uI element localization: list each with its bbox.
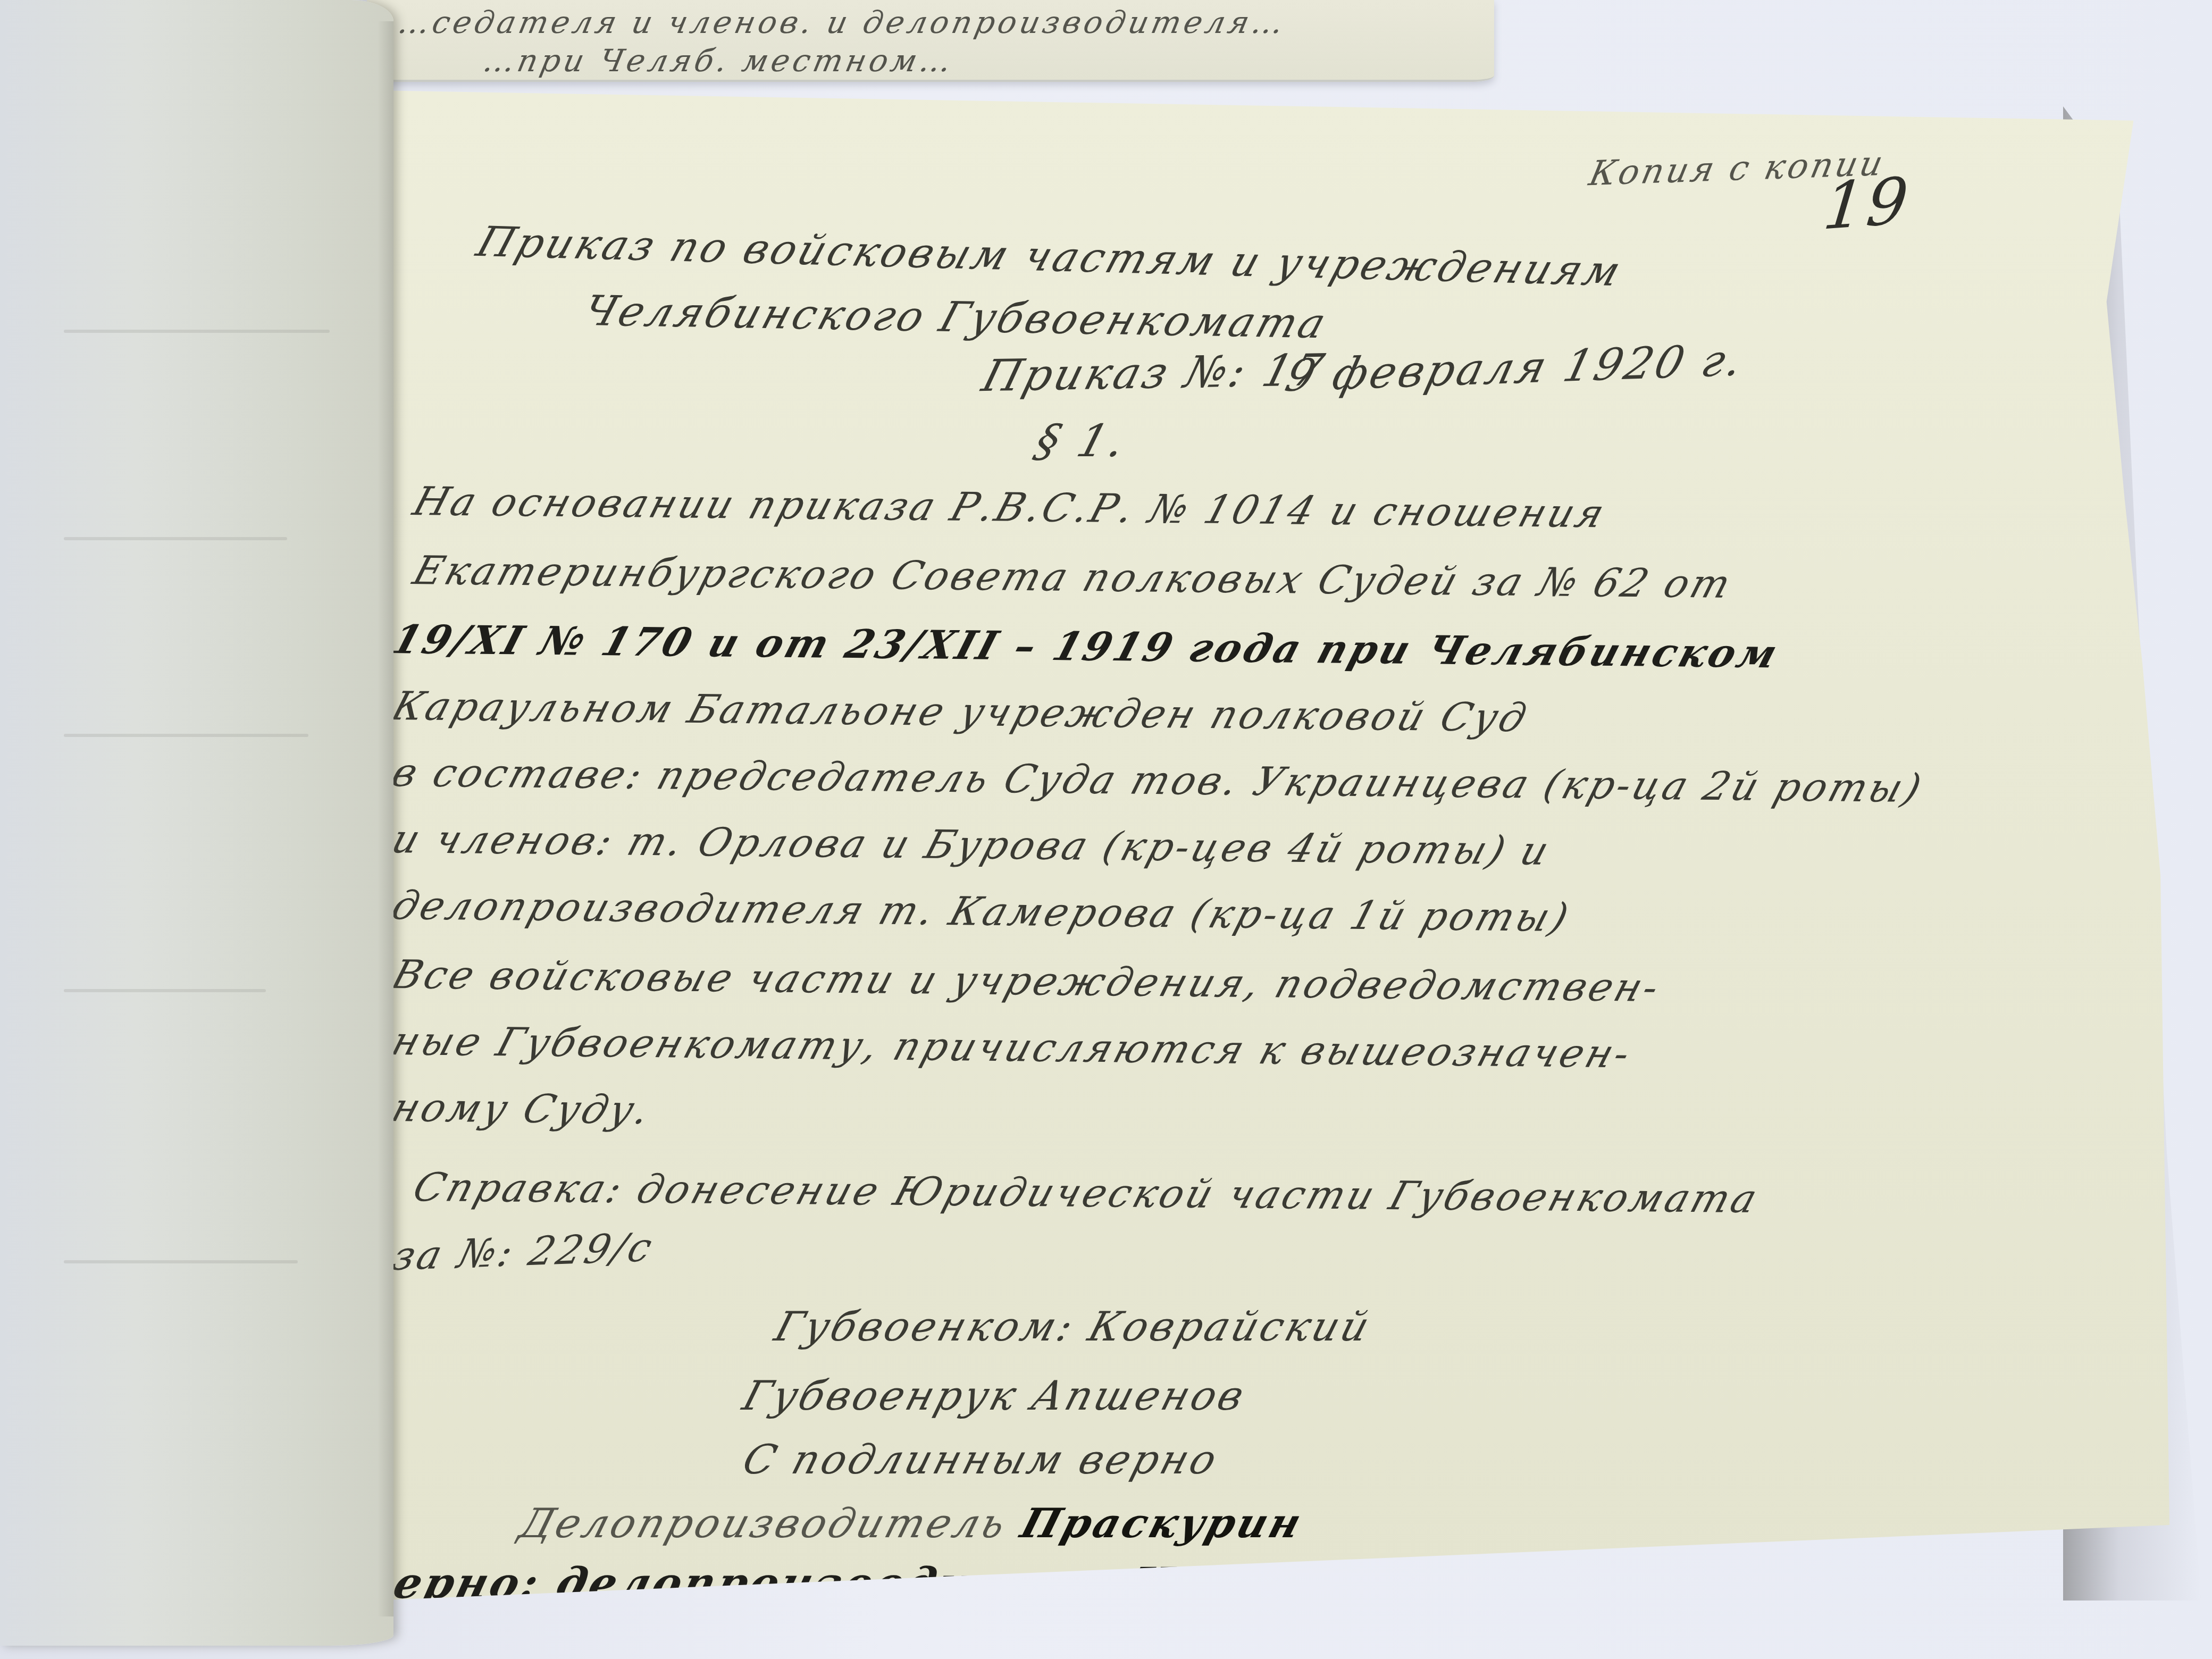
certification-text: С подлинным верно	[738, 1436, 1225, 1483]
document-title-line-1: Приказ по войсковым частям и учреждениям	[471, 218, 1629, 296]
body-line: в составе: председатель Суда тов. Украин…	[387, 750, 1929, 811]
signature-name: Праскурин	[1016, 1499, 1309, 1547]
signature-verified: Верно: делопроизводитель Николаев.	[350, 1558, 1418, 1608]
section-mark: § 1.	[1029, 415, 1134, 467]
body-line: Караульном Батальоне учрежден полковой С…	[387, 683, 1534, 741]
background-page-line: …седателя и членов. и делопроизводителя…	[395, 4, 1290, 40]
bleed-through-mark	[64, 330, 330, 333]
order-date: 9 февраля 1920 г.	[1280, 335, 1750, 402]
body-line: ные Губвоенкомату, причисляются к вышеоз…	[387, 1018, 1638, 1077]
document-sheet: Копия с копии 19 Приказ по войсковым час…	[372, 90, 2169, 1601]
body-line: На основании приказа Р.В.С.Р. № 1014 и с…	[408, 479, 1612, 537]
background-page-top: …седателя и членов. и делопроизводителя……	[367, 0, 1494, 82]
document-title-line-2: Челябинского Губвоенкомата	[577, 287, 1334, 348]
body-line: и членов: т. Орлова и Бурова (кр-цев 4й …	[387, 816, 1556, 874]
signature-name: Николаев.	[1125, 1558, 1418, 1608]
photo-scene: …седателя и членов. и делопроизводителя……	[0, 0, 2212, 1659]
certification-line: С подлинным верно	[738, 1436, 1225, 1483]
signature-role: Губвоенком:	[769, 1303, 1081, 1350]
order-number: Приказ №: 17	[977, 345, 1331, 402]
bleed-through-mark	[64, 989, 266, 992]
body-line: делопроизводителя т. Камерова (кр-ца 1й …	[387, 883, 1576, 941]
signature-name: Коврайский	[1083, 1303, 1377, 1350]
reference-line-2: за №: 229/с	[388, 1225, 659, 1280]
signature-role: Верно: делопроизводитель	[350, 1558, 1120, 1608]
bleed-through-mark	[64, 537, 287, 540]
body-line: 19/XI № 170 и от 23/XII – 1919 года при …	[387, 617, 1785, 677]
sheet-number: 19	[1820, 164, 1914, 245]
reference-line-1: Справка: донесение Юридической части Губ…	[408, 1164, 1765, 1222]
body-line: Все войсковые части и учреждения, подвед…	[387, 952, 1666, 1011]
bleed-through-mark	[64, 734, 308, 737]
background-page-line: …при Челяб. местном…	[480, 43, 958, 79]
blank-curled-page	[0, 0, 393, 1646]
signature-gubvoenruk: Губвоенрук Апшенов	[738, 1372, 1252, 1419]
signature-role: Делопроизводитель	[514, 1499, 1013, 1547]
signature-name: Апшенов	[1026, 1372, 1252, 1419]
body-line: Екатеринбургского Совета полковых Судей …	[408, 548, 1738, 607]
signature-clerk: Делопроизводитель Праскурин	[514, 1499, 1309, 1547]
bleed-through-mark	[64, 1260, 298, 1263]
signature-gubvoenkom: Губвоенком: Коврайский	[769, 1303, 1377, 1350]
signature-role: Губвоенрук	[738, 1372, 1024, 1419]
body-line: ному Суду.	[387, 1085, 658, 1133]
